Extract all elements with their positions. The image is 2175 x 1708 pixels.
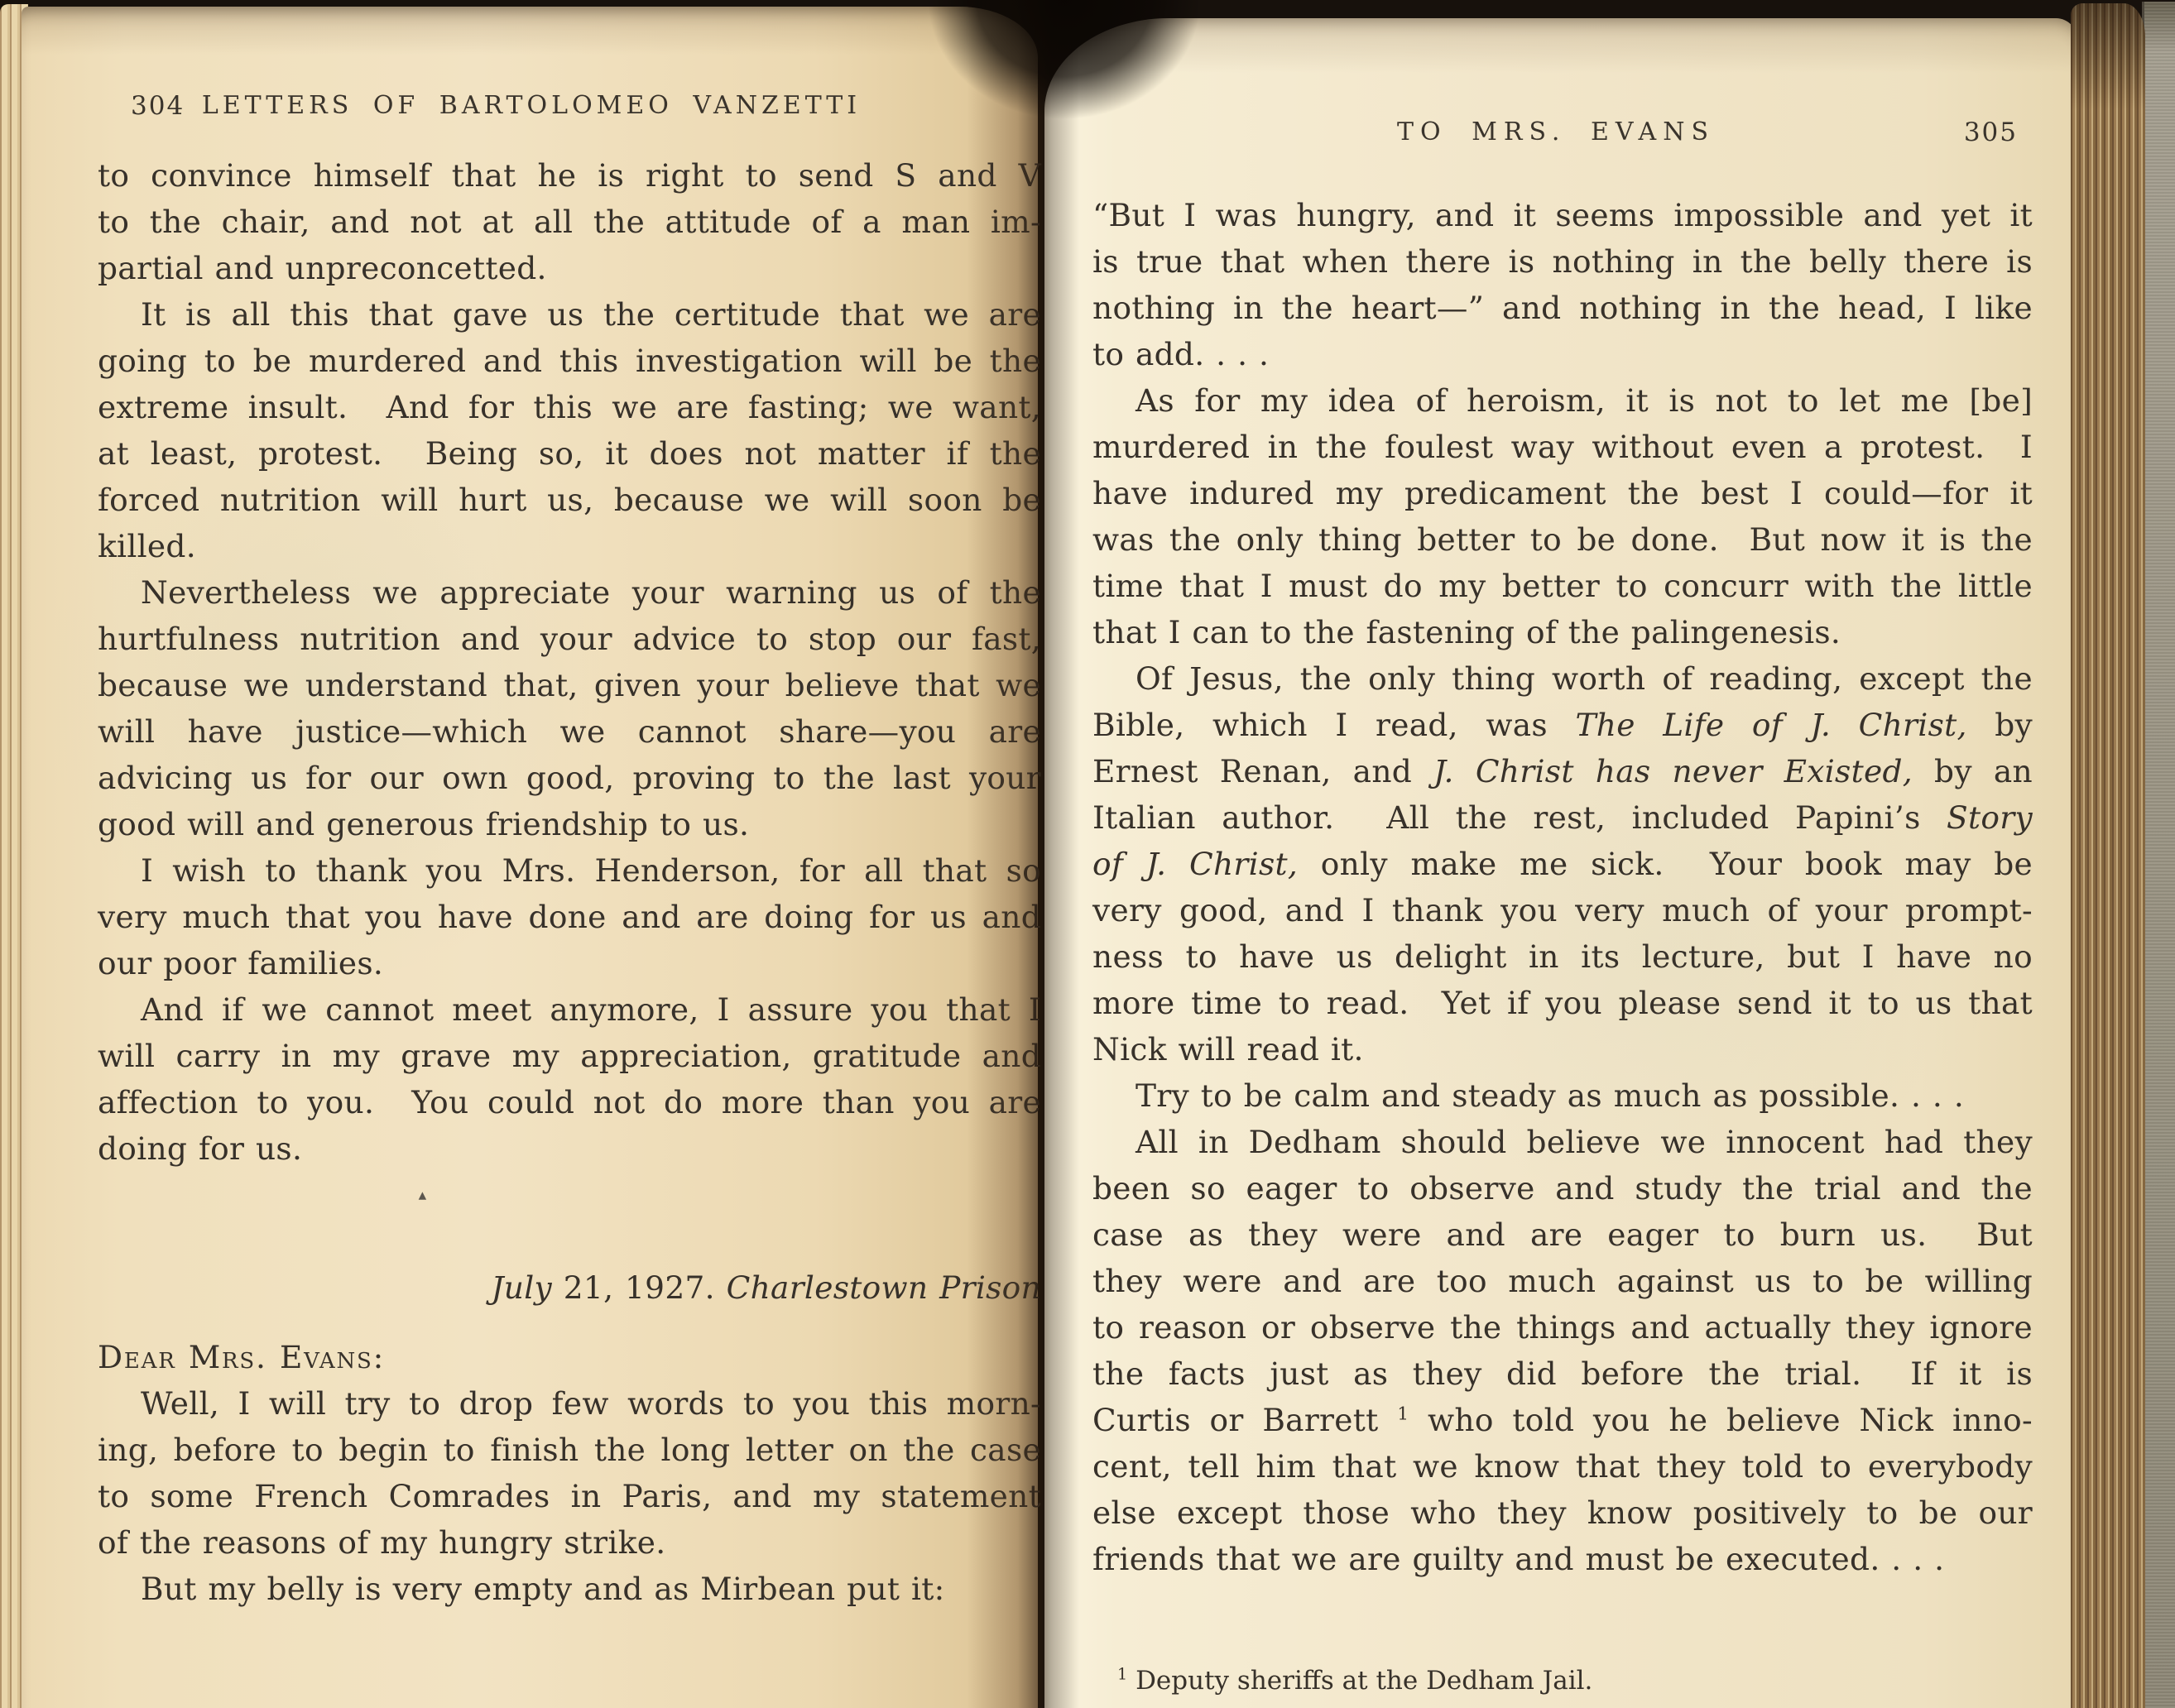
text-line: As for my idea of heroism, it is not to … [1092,377,2033,424]
text-line: that I can to the fastening of the palin… [1092,609,2033,655]
text-line: ing, before to begin to finish the long … [98,1427,1041,1473]
footnote: 1 Deputy sheriffs at the Dedham Jail. [1092,1663,2033,1698]
text-line: Ernest Renan, and J. Christ has never Ex… [1092,748,2033,794]
text-line: good will and generous friendship to us. [98,801,1041,847]
text-line: the facts just as they did before the tr… [1092,1351,2033,1397]
text-line: will have justice—which we cannot share—… [98,708,1041,755]
text-line: been so eager to observe and study the t… [1092,1165,2033,1211]
fore-edge-pages [2071,3,2145,1708]
page-body-left: to convince himself that he is right to … [98,152,1041,1612]
text-line: July 21, 1927. Charlestown Prison [98,1264,1041,1311]
text-line: have indured my predicament the best I c… [1092,470,2033,516]
text-line [98,1218,1041,1264]
text-line: partial and unpreconcetted. [98,245,1041,291]
text-line: to reason or observe the things and actu… [1092,1304,2033,1351]
open-book-photo: 304 LETTERS OF BARTOLOMEO VANZETTI to co… [0,0,2175,1708]
text-line: It is all this that gave us the certitud… [98,291,1041,338]
text-line: they were and are too much against us to… [1092,1258,2033,1304]
text-line: Nevertheless we appreciate your warning … [98,569,1041,616]
text-line: forced nutrition will hurt us, because w… [98,477,1041,523]
text-line: nothing in the heart—” and nothing in th… [1092,285,2033,331]
text-line: our poor families. [98,940,1041,986]
page-304: 304 LETTERS OF BARTOLOMEO VANZETTI to co… [22,7,1038,1708]
text-line: I wish to thank you Mrs. Henderson, for … [98,847,1041,894]
text-line: of the reasons of my hungry strike. [98,1519,1041,1566]
text-line: is true that when there is nothing in th… [1092,238,2033,285]
text-line: case as they were and are eager to burn … [1092,1211,2033,1258]
text-line: And if we cannot meet anymore, I assure … [98,986,1041,1033]
page-number: 304 [131,91,185,121]
text-line: Italian author. All the rest, included P… [1092,794,2033,841]
text-line: “But I was hungry, and it seems impossib… [1092,192,2033,238]
text-line: more time to read. Yet if you please sen… [1092,980,2033,1026]
text-line: Try to be calm and steady as much as pos… [1092,1072,2033,1119]
book-cover-cloth [2142,2,2175,1708]
text-line: Well, I will try to drop few words to yo… [98,1380,1041,1427]
text-line: hurtfulness nutrition and your advice to… [98,616,1041,662]
text-line: of J. Christ, only make me sick. Your bo… [1092,841,2033,887]
running-title: LETTERS OF BARTOLOMEO VANZETTI [98,91,965,120]
text-line: will carry in my grave my appreciation, … [98,1033,1041,1079]
page-header-left: 304 LETTERS OF BARTOLOMEO VANZETTI [98,91,965,127]
text-line: at least, protest. Being so, it does not… [98,430,1041,477]
text-line: killed. [98,523,1041,569]
text-line: murdered in the foulest way without even… [1092,424,2033,470]
text-line: extreme insult. And for this we are fast… [98,384,1041,430]
text-line: going to be murdered and this investigat… [98,338,1041,384]
text-line: ness to have us delight in its lecture, … [1092,933,2033,980]
text-line: Dear Mrs. Evans: [98,1334,1041,1380]
text-line: to some French Comrades in Paris, and my… [98,1473,1041,1519]
text-line: to the chair, and not at all the attitud… [98,199,1041,245]
text-line: friends that we are guilty and must be e… [1092,1536,2033,1582]
printers-mark: ▴ [98,1172,1041,1218]
page-header-right: TO MRS. EVANS 305 [1092,118,2019,154]
text-line: Curtis or Barrett 1 who told you he beli… [1092,1397,2033,1443]
running-title: TO MRS. EVANS [1092,118,2019,146]
text-line: time that I must do my better to concurr… [1092,563,2033,609]
page-body-right: “But I was hungry, and it seems impossib… [1092,192,2033,1582]
text-line: But my belly is very empty and as Mirbea… [98,1566,1041,1612]
text-line: Of Jesus, the only thing worth of readin… [1092,655,2033,702]
page-305: TO MRS. EVANS 305 “But I was hungry, and… [1044,18,2077,1708]
text-line: else except those who they know positive… [1092,1490,2033,1536]
text-line: advicing us for our own good, proving to… [98,755,1041,801]
text-line: cent, tell him that we know that they to… [1092,1443,2033,1490]
text-line: affection to you. You could not do more … [98,1079,1041,1125]
text-line: doing for us. [98,1125,1041,1172]
text-line: Nick will read it. [1092,1026,2033,1072]
text-line: to add. . . . [1092,331,2033,377]
text-line: was the only thing better to be done. Bu… [1092,516,2033,563]
text-line: very much that you have done and are doi… [98,894,1041,940]
text-line: to convince himself that he is right to … [98,152,1041,199]
text-line: because we understand that, given your b… [98,662,1041,708]
text-line: very good, and I thank you very much of … [1092,887,2033,933]
text-line: Bible, which I read, was The Life of J. … [1092,702,2033,748]
text-line: All in Dedham should believe we innocent… [1092,1119,2033,1165]
page-number: 305 [1964,118,2018,147]
